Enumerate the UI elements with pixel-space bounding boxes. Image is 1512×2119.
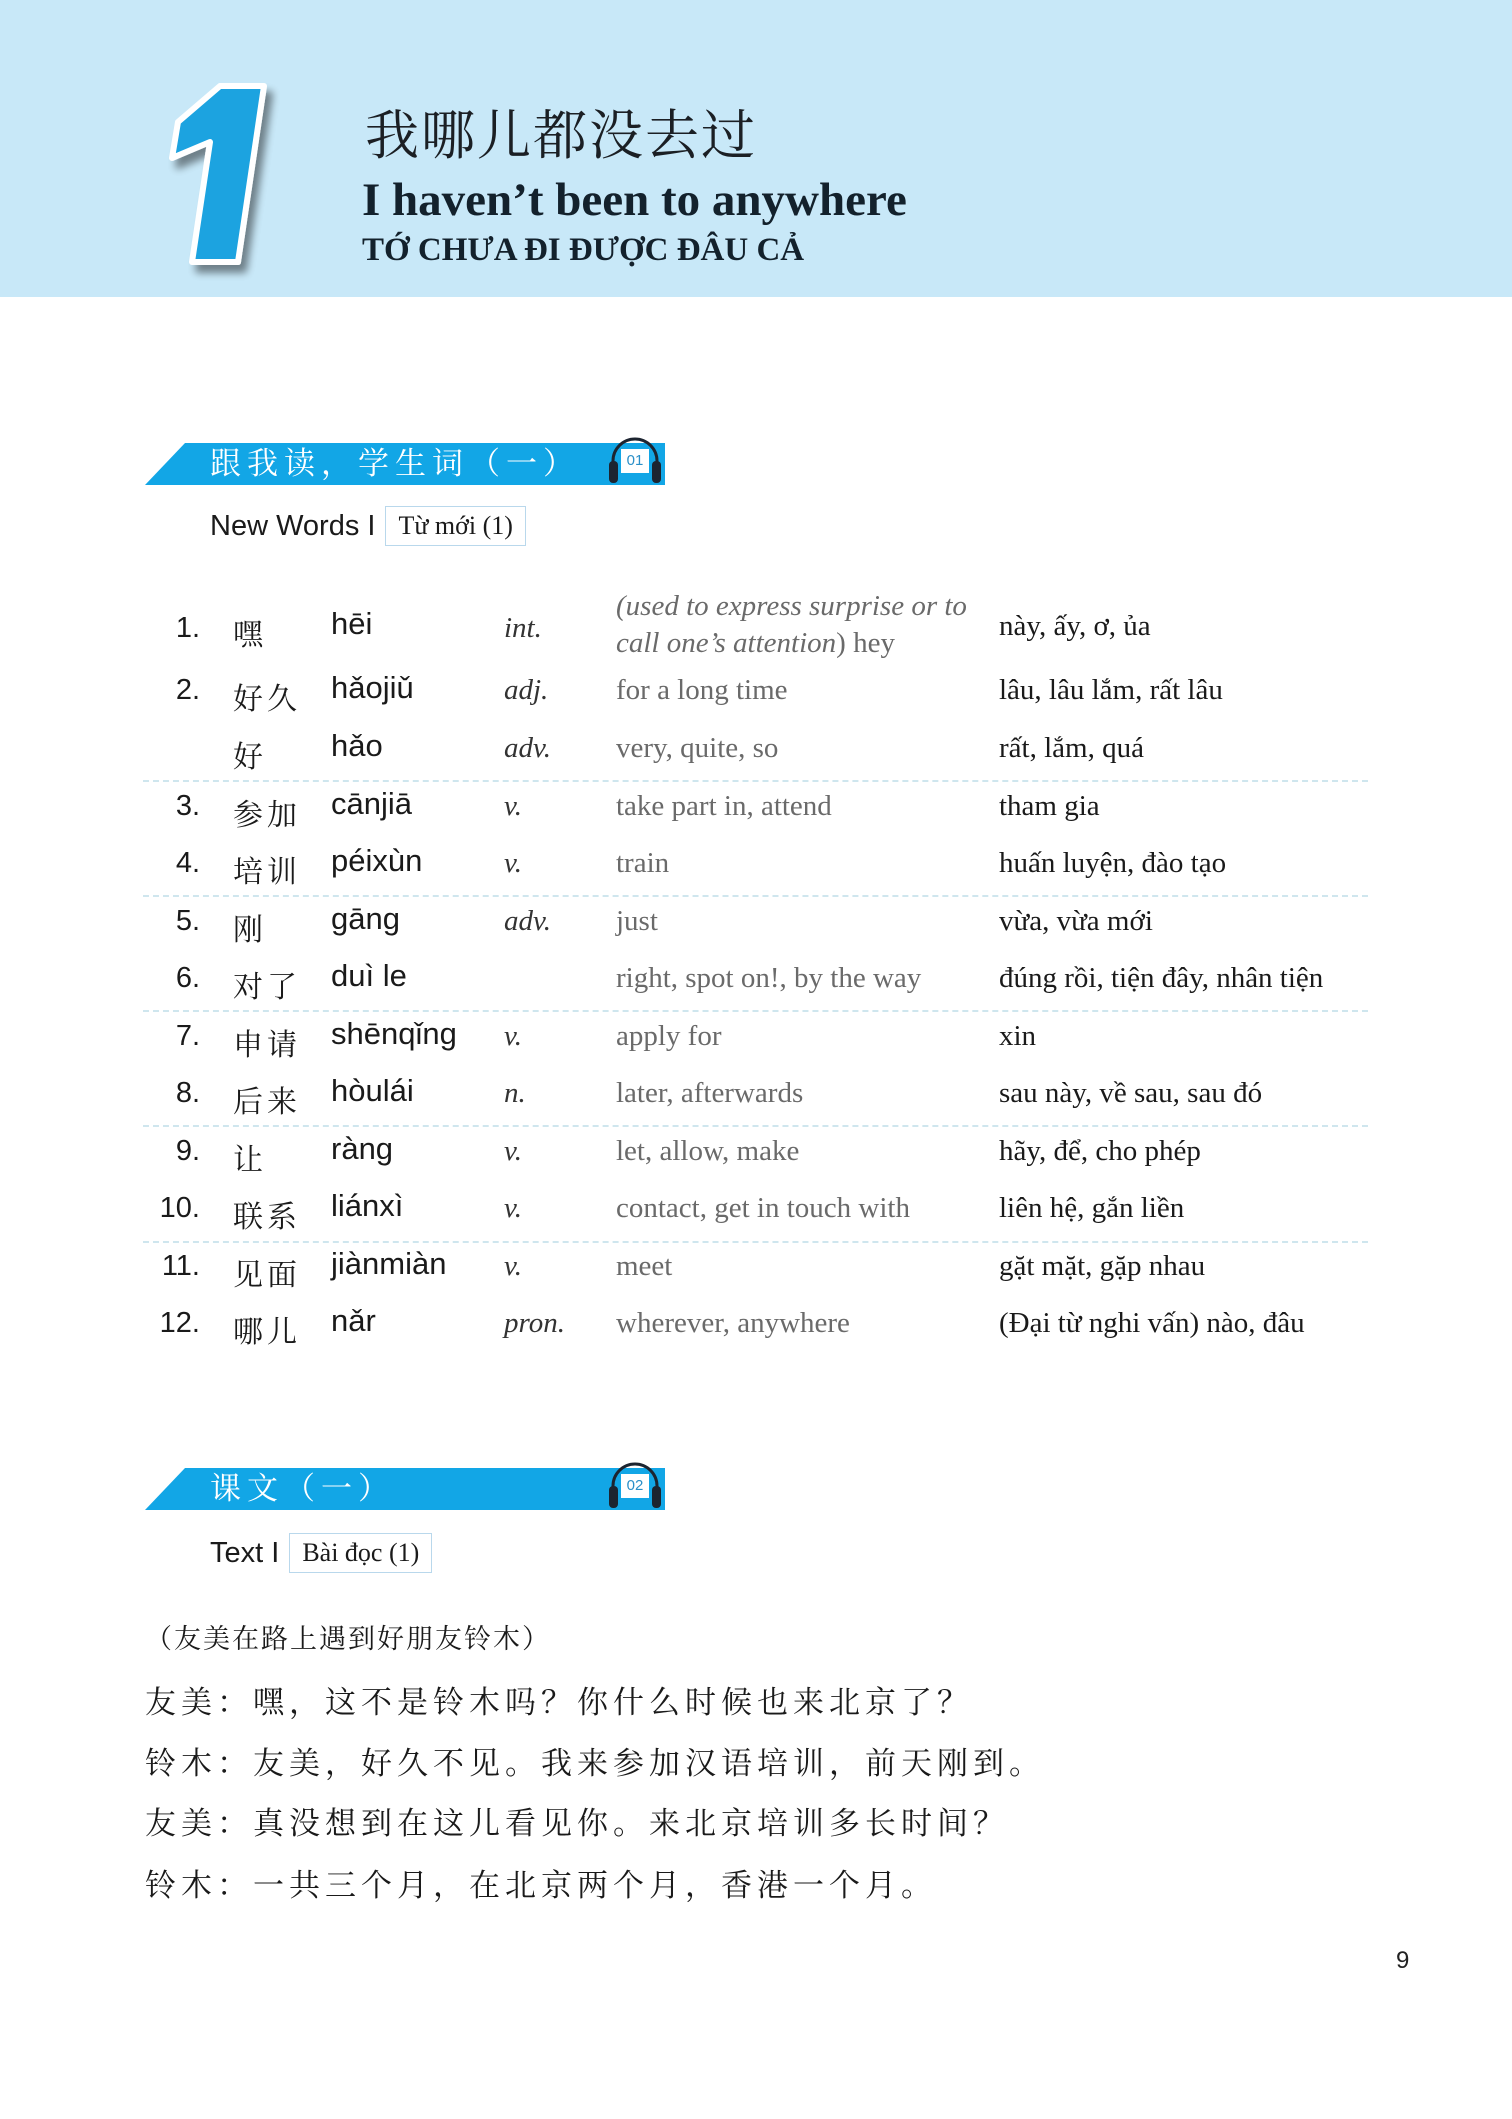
vocab-hanzi: 对了 — [233, 962, 301, 1006]
vocab-number: 7. — [140, 1020, 200, 1053]
vocab-hanzi: 参加 — [233, 790, 301, 834]
vocab-english: for a long time — [616, 674, 788, 707]
vocab-row: 12. 哪儿 nǎr pron. wherever, anywhere (Đại… — [0, 1307, 1512, 1357]
vocab-english: later, afterwards — [616, 1077, 803, 1110]
vocab-row: 5. 刚 gāng adv. just vừa, vừa mới — [0, 905, 1512, 955]
subheading-english: New Words I — [210, 510, 375, 543]
vocab-hanzi: 刚 — [233, 905, 267, 949]
vocab-part-of-speech: v. — [504, 1020, 522, 1053]
vocab-pinyin: ràng — [331, 1131, 393, 1167]
section-banner-text: 课文（一） 02 — [145, 1468, 665, 1510]
vocab-pinyin: cānjiā — [331, 786, 412, 822]
vocab-pinyin: hēi — [331, 606, 372, 642]
subheading-new-words: New Words I Từ mới (1) — [210, 506, 526, 546]
vocab-number: 10. — [140, 1192, 200, 1225]
vocab-row: 3. 参加 cānjiā v. take part in, attend tha… — [0, 790, 1512, 840]
vocab-pinyin: hǎojiǔ — [331, 670, 414, 706]
banner-title: 课文（一） — [210, 1468, 395, 1510]
vocab-row: 4. 培训 péixùn v. train huấn luyện, đào tạ… — [0, 847, 1512, 897]
banner-title: 跟我读，学生词（一） — [210, 443, 580, 485]
subheading-vietnamese: Bài đọc (1) — [289, 1533, 432, 1573]
vocab-pinyin: duì le — [331, 958, 407, 994]
subheading-english: Text I — [210, 1537, 279, 1570]
vocab-vietnamese: đúng rồi, tiện đây, nhân tiện — [999, 962, 1323, 995]
vocab-english-italic: call one’s attention — [616, 627, 836, 659]
vocab-row: 9. 让 ràng v. let, allow, make hãy, để, c… — [0, 1135, 1512, 1185]
vocab-hanzi: 培训 — [233, 847, 301, 891]
dialogue-line: 友美：嘿，这不是铃木吗？你什么时候也来北京了？ — [145, 1677, 973, 1722]
vocab-number: 9. — [140, 1135, 200, 1168]
vocab-english: apply for — [616, 1020, 722, 1053]
vocab-part-of-speech: v. — [504, 1192, 522, 1225]
vocab-number: 12. — [140, 1307, 200, 1340]
vocab-english: let, allow, make — [616, 1135, 799, 1168]
lesson-title-chinese: 我哪儿都没去过 — [365, 104, 757, 168]
vocab-hanzi: 好 — [233, 732, 267, 776]
vocab-vietnamese: tham gia — [999, 790, 1100, 823]
vocab-hanzi: 见面 — [233, 1250, 301, 1294]
vocab-number: 6. — [140, 962, 200, 995]
vocab-hanzi: 让 — [233, 1135, 267, 1179]
vocab-pinyin: shēnqǐng — [331, 1016, 457, 1052]
lesson-title-vietnamese: TỚ CHƯA ĐI ĐƯỢC ĐÂU CẢ — [362, 230, 804, 270]
vocab-pinyin: jiànmiàn — [331, 1246, 446, 1282]
page-number: 9 — [1396, 1947, 1409, 1975]
vocab-part-of-speech: adv. — [504, 732, 551, 765]
vocab-vietnamese: huấn luyện, đào tạo — [999, 847, 1226, 880]
vocab-pinyin: hòulái — [331, 1073, 414, 1109]
vocab-english: right, spot on!, by the way — [616, 962, 921, 995]
vocab-number: 11. — [140, 1250, 200, 1283]
vocab-pinyin: péixùn — [331, 843, 422, 879]
vocab-hanzi: 嘿 — [233, 610, 267, 654]
vocab-english-line2: call one’s attention) hey — [616, 627, 895, 660]
vocab-row: 6. 对了 duì le right, spot on!, by the way… — [0, 962, 1512, 1012]
vocab-pinyin: hǎo — [331, 728, 383, 764]
audio-track-number: 02 — [621, 1474, 649, 1498]
vocab-vietnamese: vừa, vừa mới — [999, 905, 1153, 938]
vocab-english-tail: ) hey — [836, 627, 895, 659]
dialogue-scene-note: （友美在路上遇到好朋友铃木） — [145, 1617, 551, 1656]
vocab-vietnamese: lâu, lâu lắm, rất lâu — [999, 674, 1223, 707]
vocab-vietnamese: này, ấy, ơ, ủa — [999, 610, 1151, 643]
vocab-pinyin: nǎr — [331, 1303, 376, 1339]
vocab-vietnamese: (Đại từ nghi vấn) nào, đâu — [999, 1307, 1305, 1340]
vocab-number: 1. — [140, 612, 200, 645]
vocab-vietnamese: liên hệ, gắn liền — [999, 1192, 1184, 1225]
vocab-part-of-speech: n. — [504, 1077, 526, 1110]
dialogue-line: 铃木：友美，好久不见。我来参加汉语培训，前天刚到。 — [145, 1738, 1045, 1783]
lesson-title-english: I haven’t been to anywhere — [362, 172, 907, 228]
vocab-vietnamese: hãy, để, cho phép — [999, 1135, 1201, 1168]
vocab-part-of-speech: v. — [504, 847, 522, 880]
vocab-row: 2. 好久 hǎojiǔ adj. for a long time lâu, l… — [0, 674, 1512, 724]
vocab-part-of-speech: adv. — [504, 905, 551, 938]
audio-track-number: 01 — [621, 449, 649, 473]
vocab-vietnamese: sau này, về sau, sau đó — [999, 1077, 1262, 1110]
vocab-english-italic: (used to express surprise or to — [616, 590, 967, 622]
vocab-vietnamese: rất, lắm, quá — [999, 732, 1144, 765]
dialogue-line: 友美：真没想到在这儿看见你。来北京培训多长时间？ — [145, 1798, 1009, 1843]
vocab-hanzi: 联系 — [233, 1192, 301, 1236]
vocab-number: 5. — [140, 905, 200, 938]
lesson-number-graphic — [160, 72, 280, 282]
vocab-part-of-speech: v. — [504, 1250, 522, 1283]
vocab-hanzi: 申请 — [233, 1020, 301, 1064]
vocab-vietnamese: gặt mặt, gặp nhau — [999, 1250, 1205, 1283]
vocab-part-of-speech: v. — [504, 790, 522, 823]
vocab-row: 10. 联系 liánxì v. contact, get in touch w… — [0, 1192, 1512, 1242]
vocab-row: 1. 嘿 hēi int. (used to express surprise … — [0, 590, 1512, 670]
vocab-part-of-speech: int. — [504, 612, 542, 645]
vocab-row: 8. 后来 hòulái n. later, afterwards sau nà… — [0, 1077, 1512, 1127]
row-divider — [143, 895, 1368, 897]
vocab-english: just — [616, 905, 658, 938]
vocab-part-of-speech: v. — [504, 1135, 522, 1168]
vocab-english: train — [616, 847, 669, 880]
vocab-english: take part in, attend — [616, 790, 832, 823]
vocab-number: 3. — [140, 790, 200, 823]
row-divider — [143, 1010, 1368, 1012]
vocab-english: very, quite, so — [616, 732, 778, 765]
vocab-hanzi: 好久 — [233, 674, 301, 718]
vocab-number: 4. — [140, 847, 200, 880]
vocab-hanzi: 后来 — [233, 1077, 301, 1121]
subheading-text: Text I Bài đọc (1) — [210, 1533, 432, 1573]
row-divider — [143, 780, 1368, 782]
subheading-vietnamese: Từ mới (1) — [385, 506, 526, 546]
vocab-english: meet — [616, 1250, 672, 1283]
row-divider — [143, 1125, 1368, 1127]
dialogue-line: 铃木：一共三个月，在北京两个月，香港一个月。 — [145, 1860, 937, 1905]
vocab-part-of-speech: pron. — [504, 1307, 565, 1340]
vocab-english: contact, get in touch with — [616, 1192, 910, 1225]
vocab-english-line1: (used to express surprise or to — [616, 590, 967, 623]
vocab-row: 11. 见面 jiànmiàn v. meet gặt mặt, gặp nha… — [0, 1250, 1512, 1300]
vocab-pinyin: liánxì — [331, 1188, 403, 1224]
vocab-hanzi: 哪儿 — [233, 1307, 301, 1351]
vocab-number: 2. — [140, 674, 200, 707]
vocab-vietnamese: xin — [999, 1020, 1036, 1053]
section-banner-new-words: 跟我读，学生词（一） 01 — [145, 443, 665, 485]
vocab-number: 8. — [140, 1077, 200, 1110]
vocab-english: wherever, anywhere — [616, 1307, 850, 1340]
vocab-part-of-speech: adj. — [504, 674, 548, 707]
vocab-row: 好 hǎo adv. very, quite, so rất, lắm, quá — [0, 732, 1512, 782]
row-divider — [143, 1241, 1368, 1243]
vocab-pinyin: gāng — [331, 901, 400, 937]
vocab-row: 7. 申请 shēnqǐng v. apply for xin — [0, 1020, 1512, 1070]
